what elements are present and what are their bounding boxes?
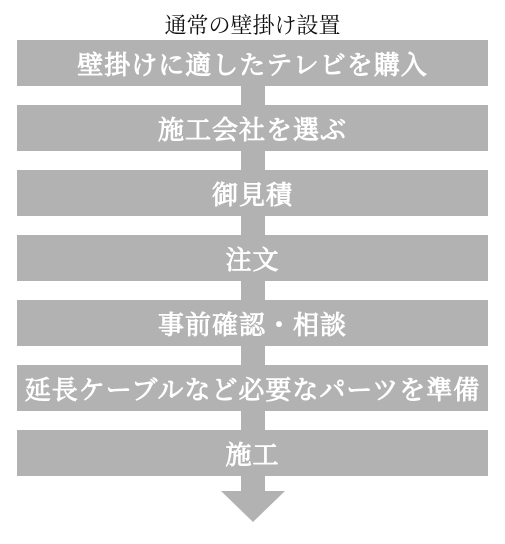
step-connector: [241, 411, 265, 430]
diagram-title: 通常の壁掛け設置: [0, 0, 505, 40]
step-connector: [241, 346, 265, 365]
flow-step: 施工会社を選ぶ: [17, 86, 488, 151]
step-label: 施工会社を選ぶ: [158, 110, 347, 147]
flow-steps: 壁掛けに適したテレビを購入 施工会社を選ぶ 御見積 注文 事前確認・相談 延長ケ…: [17, 40, 488, 476]
flow-step: 延長ケーブルなど必要なパーツを準備: [17, 346, 488, 411]
step-label: 延長ケーブルなど必要なパーツを準備: [25, 370, 481, 407]
down-arrow-icon: [0, 476, 505, 522]
wall-mount-flow-diagram: 通常の壁掛け設置 壁掛けに適したテレビを購入 施工会社を選ぶ 御見積 注文 事前…: [0, 0, 505, 544]
step-bar: 事前確認・相談: [17, 300, 488, 346]
step-label: 御見積: [212, 175, 293, 212]
step-bar: 施工: [17, 430, 488, 476]
step-connector: [241, 281, 265, 300]
flow-step: 壁掛けに適したテレビを購入: [17, 40, 488, 86]
step-bar: 注文: [17, 235, 488, 281]
step-label: 注文: [225, 240, 279, 277]
down-arrow-head: [221, 491, 285, 522]
down-arrow-stem: [241, 476, 265, 491]
step-connector: [241, 151, 265, 170]
step-bar: 施工会社を選ぶ: [17, 105, 488, 151]
flow-step: 御見積: [17, 151, 488, 216]
step-bar: 壁掛けに適したテレビを購入: [17, 40, 488, 86]
flow-step: 施工: [17, 411, 488, 476]
step-connector: [241, 216, 265, 235]
step-connector: [241, 86, 265, 105]
step-label: 事前確認・相談: [158, 305, 347, 342]
step-label: 壁掛けに適したテレビを購入: [77, 45, 427, 82]
flow-step: 事前確認・相談: [17, 281, 488, 346]
step-label: 施工: [225, 435, 279, 472]
step-bar: 御見積: [17, 170, 488, 216]
flow-step: 注文: [17, 216, 488, 281]
step-bar: 延長ケーブルなど必要なパーツを準備: [17, 365, 488, 411]
